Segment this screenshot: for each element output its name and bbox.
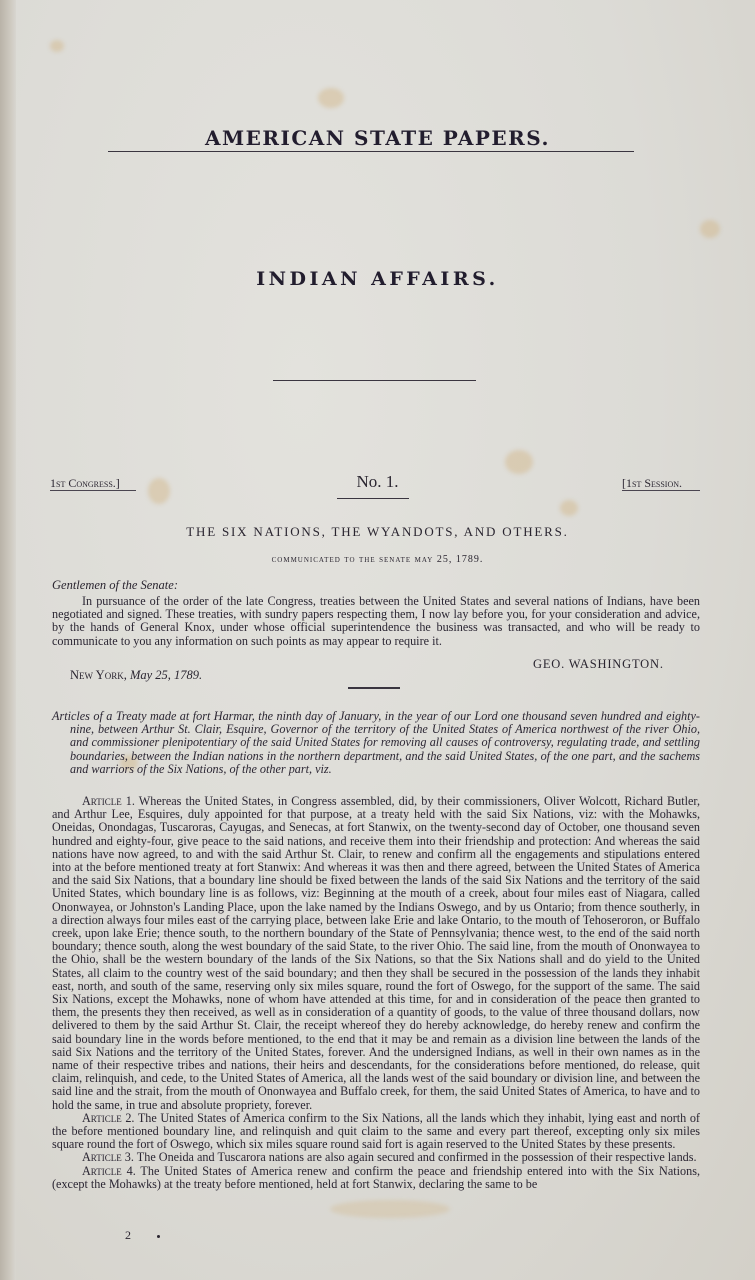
place-date: New York, May 25, 1789. [70,668,202,683]
salutation: Gentlemen of the Senate: [52,578,178,593]
place: New York, [70,668,127,682]
article-2: Article 2. The United States of America … [52,1112,700,1152]
article-label: Article 3. [82,1150,134,1164]
article-text: The United States of America confirm to … [52,1111,700,1151]
article-text: Whereas the United States, in Congress a… [52,794,700,1112]
session-underline [622,490,700,491]
section-rule [273,380,476,381]
session-label: [1st Session. [622,476,682,491]
article-label: Article 2. [82,1111,134,1125]
foxing-stain [50,40,64,52]
article-text: The United States of America renew and c… [52,1164,700,1191]
article-text: The Oneida and Tuscarora nations are als… [137,1150,697,1164]
title-rule [108,151,634,152]
article-4: Article 4. The United States of America … [52,1165,700,1191]
book-binding-edge [0,0,16,1280]
foxing-stain [318,88,344,108]
article-label: Article 4. [82,1164,136,1178]
document-page: AMERICAN STATE PAPERS. INDIAN AFFAIRS. 1… [0,0,755,1280]
foxing-stain [330,1200,450,1218]
message-rule [348,687,400,689]
treaty-articles: Article 1. Whereas the United States, in… [52,795,700,1191]
printer-dot [157,1235,160,1238]
foxing-stain [700,220,720,238]
message-paragraph: In pursuance of the order of the late Co… [52,595,700,648]
communicated-line: communicated to the senate may 25, 1789. [0,554,755,565]
preamble-text: Articles of a Treaty made at fort Harmar… [52,710,700,776]
message-body: In pursuance of the order of the late Co… [52,595,700,648]
article-label: Article 1. [82,794,135,808]
treaty-preamble: Articles of a Treaty made at fort Harmar… [52,710,700,776]
number-underline [337,498,409,499]
foxing-stain [560,500,578,516]
signature-mark: 2 [125,1228,131,1243]
document-subject: THE SIX NATIONS, THE WYANDOTS, AND OTHER… [0,524,755,540]
series-title: AMERICAN STATE PAPERS. [0,126,755,150]
foxing-stain [505,450,533,474]
date: May 25, 1789. [130,668,202,682]
section-title: INDIAN AFFAIRS. [0,268,755,290]
article-1: Article 1. Whereas the United States, in… [52,795,700,1112]
signature: GEO. WASHINGTON. [533,657,664,672]
